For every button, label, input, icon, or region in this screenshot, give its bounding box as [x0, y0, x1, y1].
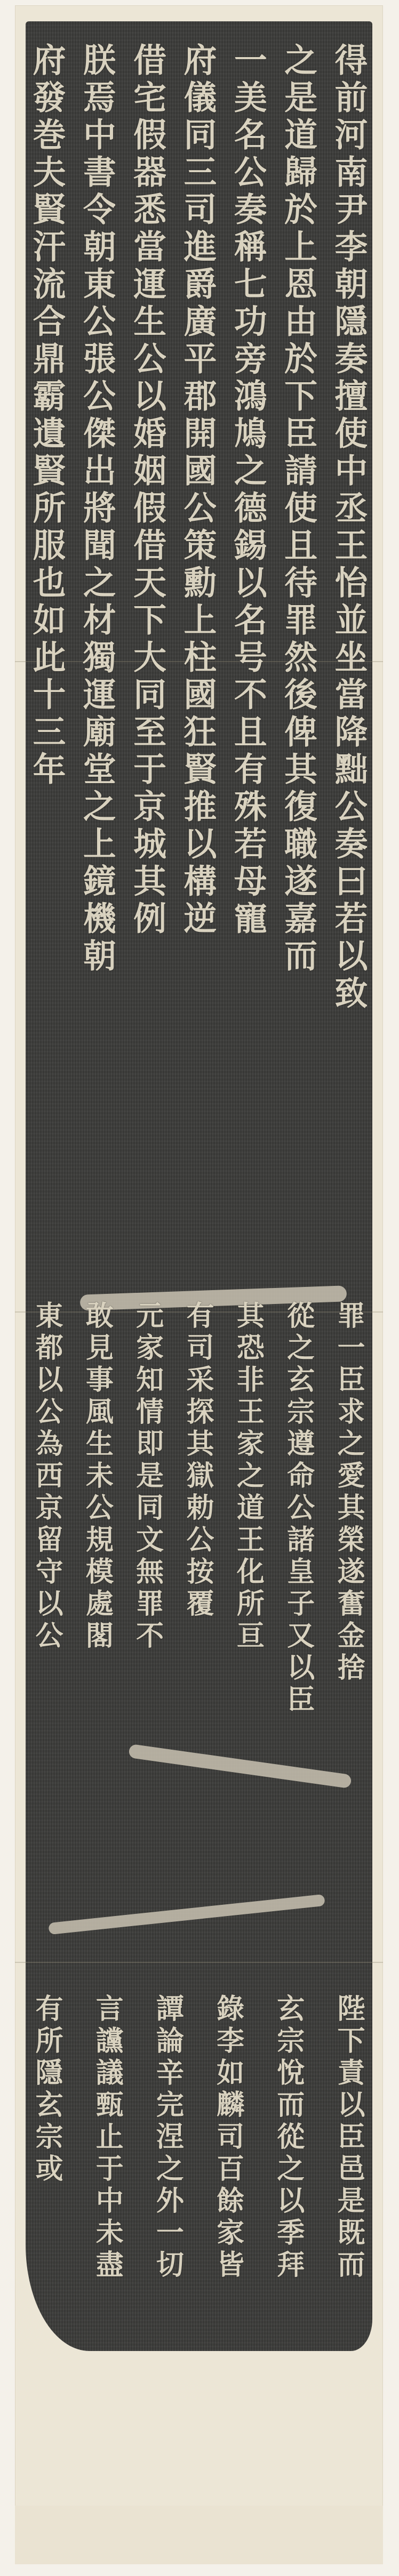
inscription-column-18: 譚論辛完涅之外一切原免天下欣 [151, 1994, 186, 2292]
inscription-column-19: 言讜議甄止于中未盡 [91, 1994, 125, 2292]
inscription-column-16: 玄宗悅而從之以季拜開 [273, 1994, 307, 2292]
inscription-column-20: 有所隱玄宗或 [31, 1994, 65, 2292]
inscription-columns-bottom: 陛下責以臣邑是既而文公名定 玄宗悅而從之以季拜開 錄李如麟司百餘家皆 譚論辛完涅… [26, 1994, 372, 2292]
inscription-column-17: 錄李如麟司百餘家皆 [212, 1994, 246, 2292]
unprinted-paper-margin [15, 2506, 383, 2564]
inscription-column-15: 陛下責以臣邑是既而文公名定 [333, 1994, 367, 2292]
